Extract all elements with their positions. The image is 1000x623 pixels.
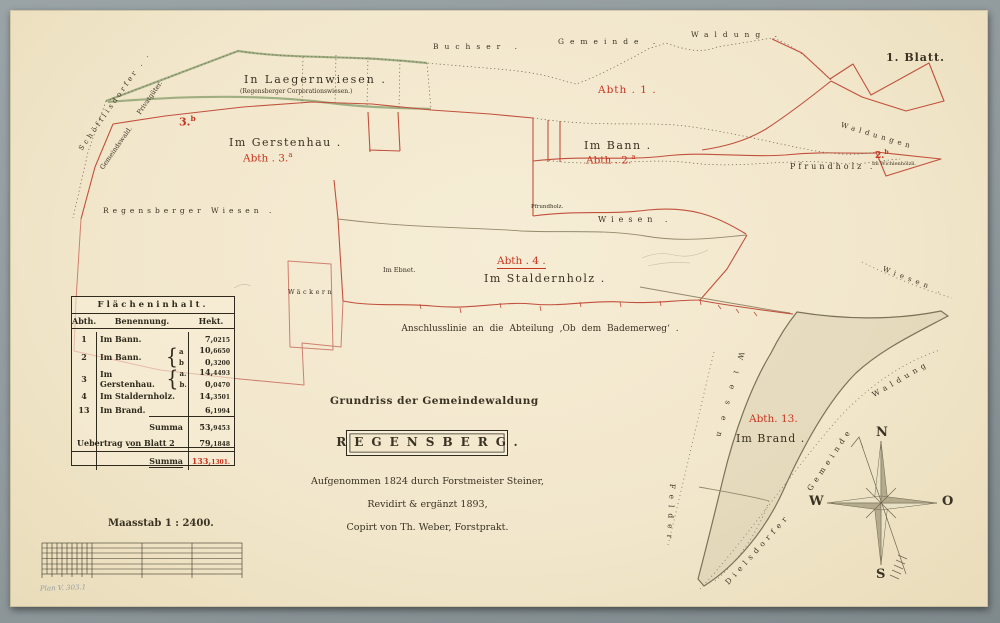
map-title-copied: Copirt von Th. Weber, Forstprakt. bbox=[330, 523, 525, 533]
col-abth: Abth. bbox=[72, 314, 96, 328]
label-laegernwiesen: In Laegernwiesen . bbox=[244, 74, 387, 86]
map-title-surveyed: Aufgenommen 1824 durch Forstmeister Stei… bbox=[305, 477, 550, 487]
column-divider bbox=[96, 332, 97, 470]
label-ebnet: Im Ebnet. bbox=[383, 267, 415, 274]
area-table-title: Flächeninhalt. bbox=[72, 297, 234, 314]
table-rule bbox=[149, 416, 234, 417]
compass-west-label: W bbox=[809, 495, 824, 509]
col-hekt: Hekt. bbox=[188, 314, 234, 328]
label-staldernholz: Im Staldernholz . bbox=[484, 273, 606, 285]
label-border-top-2: Gemeinde . bbox=[558, 38, 661, 46]
label-brand: Im Brand . bbox=[736, 433, 805, 445]
area-table-header: Abth. Benennung. Hekt. bbox=[72, 314, 234, 329]
green-boundary-bottom bbox=[108, 97, 431, 109]
label-border-top-3: Waldung . bbox=[691, 31, 783, 39]
label-abth-3a: Abth . 3.a bbox=[243, 151, 293, 165]
label-regensberger-wiesen: Regensberger Wiesen . bbox=[103, 207, 275, 215]
label-abth-2b-sub: Im Wichlenhölzli. bbox=[872, 162, 916, 168]
red-boundary-main bbox=[113, 102, 533, 124]
map-title-revised: Revidirt & ergänzt 1893, bbox=[330, 500, 525, 510]
label-abth-2a: Abth . 2.a bbox=[586, 153, 636, 167]
compass-north-label: N bbox=[876, 426, 888, 440]
label-abth-3b: 3.b bbox=[179, 115, 196, 129]
label-abth-13: Abth. 13. bbox=[749, 414, 798, 426]
scale-label: Maasstab 1 : 2400. bbox=[108, 518, 214, 529]
label-pfrundholz-spaced: Pfrundholz . bbox=[790, 163, 875, 172]
label-pfrundholz-small: Pfrundholz. bbox=[531, 204, 563, 210]
label-gerstenhau: Im Gerstenhau . bbox=[229, 137, 342, 149]
label-wiesen-mid: Wiesen . bbox=[598, 216, 672, 225]
column-divider bbox=[188, 332, 189, 470]
label-abth-1: Abth . 1 . bbox=[598, 85, 657, 97]
col-benennung: Benennung. bbox=[96, 314, 188, 328]
map-title-place: REGENSBERG. bbox=[328, 436, 525, 449]
scale-bar bbox=[42, 543, 242, 578]
label-anschlusslinie: Anschlusslinie an die Abteilung ‚Ob dem … bbox=[395, 325, 685, 335]
area-table-body: 1 Im Bann. 7,0215 2 Im Bann. { ab 10,665… bbox=[72, 332, 234, 470]
area-table: Flächeninhalt. Abth. Benennung. Hekt. 1 … bbox=[71, 296, 235, 466]
label-bann: Im Bann . bbox=[584, 140, 652, 152]
label-brand-felder: Felder bbox=[665, 484, 676, 545]
compass-east-label: O bbox=[942, 495, 953, 509]
brace-glyph: { bbox=[166, 346, 178, 368]
label-laegernwiesen-sub: (Regensberger Corporationswiesen.) bbox=[240, 89, 352, 96]
label-abth-4: Abth . 4 . bbox=[497, 256, 546, 268]
map-sheet: 1. Blatt. In Laegernwiesen . (Regensberg… bbox=[0, 0, 1000, 623]
compass-south-label: S bbox=[876, 568, 885, 582]
brace-glyph: { bbox=[166, 368, 178, 390]
sheet-number: 1. Blatt. bbox=[886, 52, 945, 64]
label-waeckern: Wäckern bbox=[288, 289, 334, 296]
compass-rose-icon bbox=[827, 437, 937, 579]
map-title-box: REGENSBERG. bbox=[346, 430, 508, 456]
table-rule bbox=[128, 447, 234, 448]
map-title-heading: Grundriss der Gemeindewaldung bbox=[330, 396, 525, 408]
archive-note: Plan V. 303.1 bbox=[40, 584, 86, 593]
label-border-top-1: Buchser . bbox=[433, 43, 523, 51]
